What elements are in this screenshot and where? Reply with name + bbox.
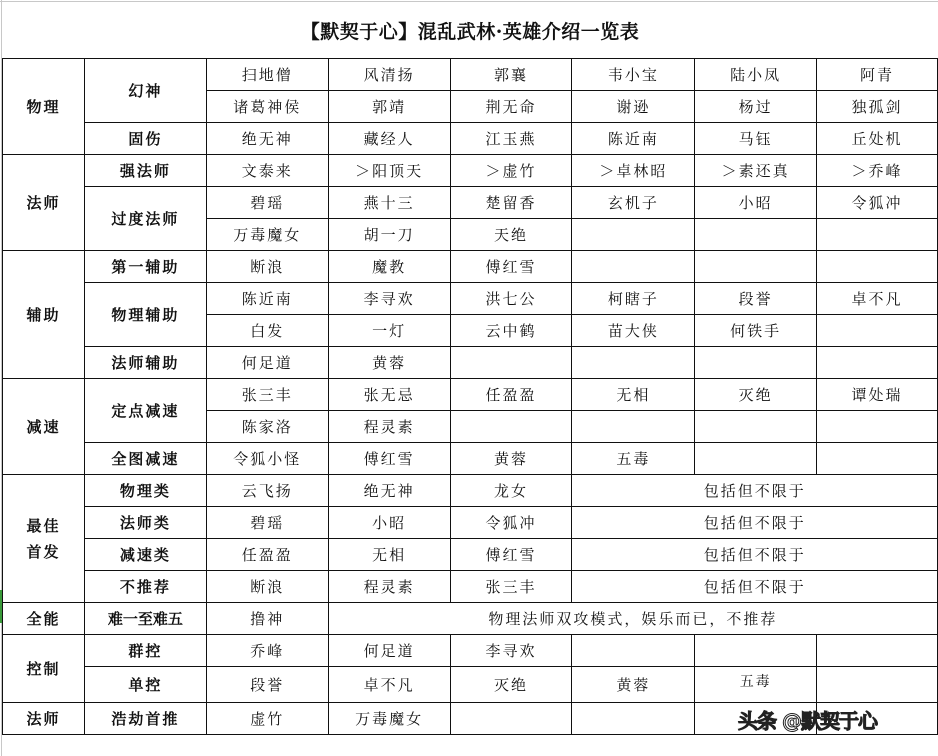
empty-cell[interactable] bbox=[817, 443, 938, 475]
hero-cell[interactable]: 郭靖 bbox=[328, 91, 450, 123]
category-cell[interactable]: 法师 bbox=[3, 155, 85, 251]
table-row: 固伤 绝无神 藏经人 江玉燕 陈近南 马钰 丘处机 bbox=[3, 123, 938, 155]
hero-cell[interactable]: 郭襄 bbox=[450, 59, 572, 91]
empty-cell[interactable] bbox=[817, 635, 938, 667]
table-row: 控制 群控 乔峰 何足道 李寻欢 bbox=[3, 635, 938, 667]
empty-cell[interactable] bbox=[572, 635, 695, 667]
empty-cell[interactable] bbox=[817, 251, 938, 283]
hero-cell[interactable]: 绝无神 bbox=[206, 123, 328, 155]
hero-cell[interactable]: 小昭 bbox=[328, 507, 450, 539]
hero-cell[interactable]: 荆无命 bbox=[450, 91, 572, 123]
table-row: 法师 强法师 文泰来 ＞阳顶天 ＞虚竹 ＞卓林昭 ＞素还真 ＞乔峰 bbox=[3, 155, 938, 187]
hero-cell[interactable]: 令狐冲 bbox=[450, 507, 572, 539]
hero-cell[interactable]: 丘处机 bbox=[817, 123, 938, 155]
empty-cell[interactable] bbox=[572, 219, 695, 251]
hero-cell[interactable]: ＞阳顶天 bbox=[328, 155, 450, 187]
empty-cell[interactable] bbox=[817, 347, 938, 379]
hero-cell[interactable]: 陈家洛 bbox=[206, 411, 328, 443]
table-row: 单控 段誉 卓不凡 灭绝 黄蓉 五毒 bbox=[3, 667, 938, 703]
category-cell[interactable]: 最佳首发 bbox=[3, 475, 85, 603]
hero-cell[interactable]: 碧瑶 bbox=[206, 187, 328, 219]
hero-cell[interactable]: 五毒 bbox=[572, 443, 695, 475]
hero-cell[interactable]: 藏经人 bbox=[328, 123, 450, 155]
hero-cell[interactable]: 洪七公 bbox=[450, 283, 572, 315]
hero-cell[interactable]: 云中鹤 bbox=[450, 315, 572, 347]
category-cell[interactable]: 物理 bbox=[3, 59, 85, 155]
hero-cell[interactable]: 天绝 bbox=[450, 219, 572, 251]
hero-cell[interactable]: 无相 bbox=[572, 379, 695, 411]
hero-cell[interactable]: 李寻欢 bbox=[328, 283, 450, 315]
table-row: 物理辅助 陈近南 李寻欢 洪七公 柯瞎子 段誉 卓不凡 bbox=[3, 283, 938, 315]
hero-cell[interactable]: 何足道 bbox=[328, 635, 450, 667]
hero-cell[interactable]: 陈近南 bbox=[572, 123, 695, 155]
hero-cell[interactable]: 张三丰 bbox=[206, 379, 328, 411]
hero-cell[interactable]: 令狐小怪 bbox=[206, 443, 328, 475]
empty-cell[interactable] bbox=[695, 443, 817, 475]
hero-cell[interactable]: 张三丰 bbox=[450, 571, 572, 603]
table-row: 物理 幻神 扫地僧 风清扬 郭襄 韦小宝 陆小凤 阿青 bbox=[3, 59, 938, 91]
table-row: 全能 难一至难五 撸神 物理法师双攻模式，娱乐而已，不推荐 bbox=[3, 603, 938, 635]
hero-table: 物理 幻神 扫地僧 风清扬 郭襄 韦小宝 陆小凤 阿青 诸葛神侯 郭靖 荆无命 … bbox=[2, 58, 938, 735]
hero-cell[interactable]: 陆小凤 bbox=[695, 59, 817, 91]
subcategory-cell[interactable]: 物理辅助 bbox=[84, 283, 206, 347]
hero-cell[interactable]: 程灵素 bbox=[328, 571, 450, 603]
empty-cell[interactable] bbox=[450, 347, 572, 379]
hero-cell[interactable]: 断浪 bbox=[206, 251, 328, 283]
hero-cell[interactable]: 任盈盈 bbox=[450, 379, 572, 411]
hero-cell[interactable]: 卓不凡 bbox=[328, 667, 450, 703]
hero-cell[interactable]: 撸神 bbox=[206, 603, 328, 635]
hero-cell[interactable]: 断浪 bbox=[206, 571, 328, 603]
subcategory-cell[interactable]: 法师类 bbox=[84, 507, 206, 539]
table-row: 法师类 碧瑶 小昭 令狐冲 包括但不限于 bbox=[3, 507, 938, 539]
hero-cell[interactable]: 云飞扬 bbox=[206, 475, 328, 507]
hero-cell[interactable]: 李寻欢 bbox=[450, 635, 572, 667]
note-cell[interactable]: 包括但不限于 bbox=[572, 475, 938, 507]
subcategory-cell[interactable]: 定点减速 bbox=[84, 379, 206, 443]
hero-cell[interactable]: 灭绝 bbox=[450, 667, 572, 703]
hero-cell[interactable]: 谢逊 bbox=[572, 91, 695, 123]
subcategory-cell[interactable]: 法师辅助 bbox=[84, 347, 206, 379]
subcategory-cell[interactable]: 全图减速 bbox=[84, 443, 206, 475]
table-row: 不推荐 断浪 程灵素 张三丰 包括但不限于 bbox=[3, 571, 938, 603]
subcategory-cell[interactable]: 强法师 bbox=[84, 155, 206, 187]
hero-cell[interactable]: 乔峰 bbox=[206, 635, 328, 667]
hero-cell[interactable]: 无相 bbox=[328, 539, 450, 571]
empty-cell[interactable] bbox=[695, 251, 817, 283]
empty-cell[interactable] bbox=[450, 703, 572, 735]
subcategory-cell[interactable]: 不推荐 bbox=[84, 571, 206, 603]
empty-cell[interactable] bbox=[572, 347, 695, 379]
hero-cell[interactable]: 马钰 bbox=[695, 123, 817, 155]
subcategory-cell[interactable]: 难一至难五 bbox=[84, 603, 206, 635]
hero-cell[interactable]: 万毒魔女 bbox=[328, 703, 450, 735]
table-row: 最佳首发 物理类 云飞扬 绝无神 龙女 包括但不限于 bbox=[3, 475, 938, 507]
hero-cell[interactable]: ＞乔峰 bbox=[817, 155, 938, 187]
empty-cell[interactable] bbox=[695, 347, 817, 379]
note-cell[interactable]: 包括但不限于 bbox=[572, 539, 938, 571]
hero-cell[interactable]: 傅红雪 bbox=[450, 251, 572, 283]
category-cell[interactable]: 辅助 bbox=[3, 251, 85, 379]
hero-cell[interactable]: 柯瞎子 bbox=[572, 283, 695, 315]
hero-cell[interactable]: 杨过 bbox=[695, 91, 817, 123]
hero-cell[interactable]: 傅红雪 bbox=[450, 539, 572, 571]
hero-cell[interactable]: 程灵素 bbox=[328, 411, 450, 443]
hero-cell[interactable]: 傅红雪 bbox=[328, 443, 450, 475]
empty-cell[interactable] bbox=[450, 411, 572, 443]
hero-cell[interactable]: 任盈盈 bbox=[206, 539, 328, 571]
subcategory-cell[interactable]: 过度法师 bbox=[84, 187, 206, 251]
hero-cell[interactable]: 韦小宝 bbox=[572, 59, 695, 91]
hero-cell[interactable]: 白发 bbox=[206, 315, 328, 347]
category-cell[interactable]: 全能 bbox=[3, 603, 85, 635]
table-row: 辅助 第一辅助 断浪 魔教 傅红雪 bbox=[3, 251, 938, 283]
subcategory-cell[interactable]: 物理类 bbox=[84, 475, 206, 507]
hero-cell[interactable]: 胡一刀 bbox=[328, 219, 450, 251]
hero-cell[interactable]: 碧瑶 bbox=[206, 507, 328, 539]
hero-cell[interactable]: ＞虚竹 bbox=[450, 155, 572, 187]
hero-cell[interactable]: 一灯 bbox=[328, 315, 450, 347]
empty-cell[interactable] bbox=[695, 635, 817, 667]
sheet-title[interactable]: 【默契于心】混乱武林·英雄介绍一览表 bbox=[2, 2, 938, 58]
hero-cell[interactable]: 风清扬 bbox=[328, 59, 450, 91]
note-cell[interactable]: 物理法师双攻模式，娱乐而已，不推荐 bbox=[328, 603, 937, 635]
hero-cell[interactable]: 五毒 bbox=[695, 667, 817, 703]
hero-cell[interactable]: 苗大侠 bbox=[572, 315, 695, 347]
empty-cell[interactable] bbox=[817, 411, 938, 443]
note-cell[interactable]: 包括但不限于 bbox=[572, 571, 938, 603]
category-cell[interactable]: 控制 bbox=[3, 635, 85, 703]
subcategory-cell[interactable]: 减速类 bbox=[84, 539, 206, 571]
hero-cell[interactable]: 虚竹 bbox=[206, 703, 328, 735]
category-cell[interactable]: 减速 bbox=[3, 379, 85, 475]
empty-cell[interactable] bbox=[695, 411, 817, 443]
hero-cell[interactable]: 玄机子 bbox=[572, 187, 695, 219]
subcategory-cell[interactable]: 第一辅助 bbox=[84, 251, 206, 283]
hero-cell[interactable]: 令狐冲 bbox=[817, 187, 938, 219]
hero-cell[interactable]: 灭绝 bbox=[695, 379, 817, 411]
hero-cell[interactable]: 扫地僧 bbox=[206, 59, 328, 91]
hero-cell[interactable]: 文泰来 bbox=[206, 155, 328, 187]
table-row: 全图减速 令狐小怪 傅红雪 黄蓉 五毒 bbox=[3, 443, 938, 475]
subcategory-cell[interactable]: 群控 bbox=[84, 635, 206, 667]
hero-cell[interactable]: 小昭 bbox=[695, 187, 817, 219]
hero-cell[interactable]: 何铁手 bbox=[695, 315, 817, 347]
hero-cell[interactable]: 江玉燕 bbox=[450, 123, 572, 155]
hero-cell[interactable]: 段誉 bbox=[206, 667, 328, 703]
table-row: 减速 定点减速 张三丰 张无忌 任盈盈 无相 灭绝 谭处瑞 bbox=[3, 379, 938, 411]
hero-cell[interactable]: 楚留香 bbox=[450, 187, 572, 219]
hero-cell[interactable]: 诸葛神侯 bbox=[206, 91, 328, 123]
hero-cell[interactable]: 段誉 bbox=[695, 283, 817, 315]
hero-cell[interactable]: 卓不凡 bbox=[817, 283, 938, 315]
hero-cell[interactable]: 绝无神 bbox=[328, 475, 450, 507]
hero-cell[interactable]: ＞卓林昭 bbox=[572, 155, 695, 187]
table-row: 法师辅助 何足道 黄蓉 bbox=[3, 347, 938, 379]
hero-cell[interactable]: 燕十三 bbox=[328, 187, 450, 219]
category-cell[interactable]: 法师 bbox=[3, 703, 85, 735]
empty-cell[interactable] bbox=[572, 703, 695, 735]
hero-cell[interactable]: 魔教 bbox=[328, 251, 450, 283]
hero-cell[interactable]: 黄蓉 bbox=[572, 667, 695, 703]
hero-cell[interactable]: 阿青 bbox=[817, 59, 938, 91]
empty-cell[interactable] bbox=[695, 219, 817, 251]
hero-cell[interactable]: 陈近南 bbox=[206, 283, 328, 315]
hero-cell[interactable]: 黄蓉 bbox=[450, 443, 572, 475]
hero-cell[interactable]: 张无忌 bbox=[328, 379, 450, 411]
hero-cell[interactable]: 龙女 bbox=[450, 475, 572, 507]
empty-cell[interactable] bbox=[817, 219, 938, 251]
hero-cell[interactable]: 谭处瑞 bbox=[817, 379, 938, 411]
hero-cell[interactable]: 独孤剑 bbox=[817, 91, 938, 123]
watermark: 头条 @默契于心 bbox=[738, 705, 877, 734]
empty-cell[interactable] bbox=[817, 315, 938, 347]
spreadsheet: 【默契于心】混乱武林·英雄介绍一览表 物理 幻神 扫地僧 风清扬 郭襄 韦小宝 … bbox=[0, 0, 938, 756]
table-row: 减速类 任盈盈 无相 傅红雪 包括但不限于 bbox=[3, 539, 938, 571]
empty-cell[interactable] bbox=[572, 411, 695, 443]
subcategory-cell[interactable]: 固伤 bbox=[84, 123, 206, 155]
empty-cell[interactable] bbox=[817, 667, 938, 703]
hero-cell[interactable]: 黄蓉 bbox=[328, 347, 450, 379]
subcategory-cell[interactable]: 浩劫首推 bbox=[84, 703, 206, 735]
hero-cell[interactable]: 万毒魔女 bbox=[206, 219, 328, 251]
subcategory-cell[interactable]: 单控 bbox=[84, 667, 206, 703]
table-row: 过度法师 碧瑶 燕十三 楚留香 玄机子 小昭 令狐冲 bbox=[3, 187, 938, 219]
hero-cell[interactable]: ＞素还真 bbox=[695, 155, 817, 187]
subcategory-cell[interactable]: 幻神 bbox=[84, 59, 206, 123]
note-cell[interactable]: 包括但不限于 bbox=[572, 507, 938, 539]
hero-cell[interactable]: 何足道 bbox=[206, 347, 328, 379]
empty-cell[interactable] bbox=[572, 251, 695, 283]
